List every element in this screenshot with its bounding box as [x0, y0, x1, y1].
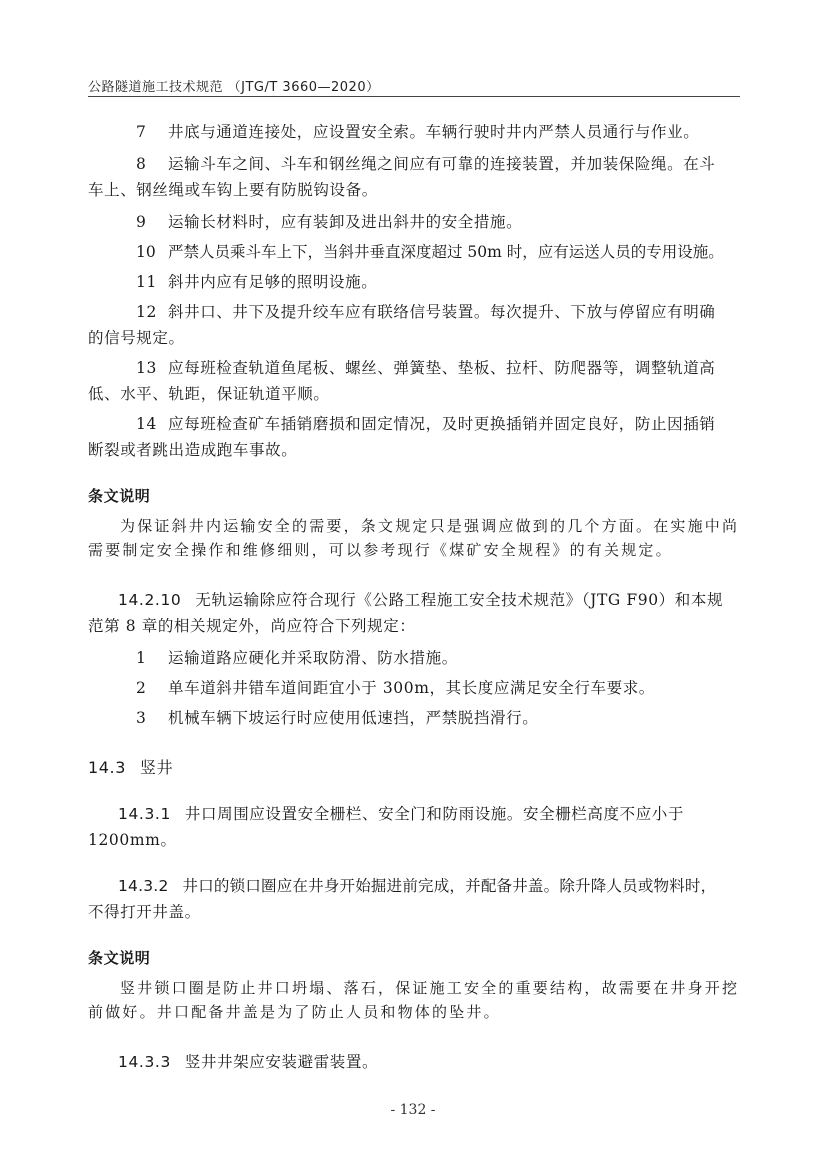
- item-text: 斜井内应有足够的照明设施。: [168, 273, 377, 291]
- list-item-12: 12斜井口、井下及提升绞车应有联络信号装置。每次提升、下放与停留应有明确: [136, 302, 788, 322]
- commentary-title: 条文说明: [88, 486, 740, 506]
- item-number: 10: [136, 242, 160, 262]
- item-number: 8: [136, 154, 160, 174]
- list-item-8: 8运输斗车之间、斗车和钢丝绳之间应有可靠的连接装置，并加装保险绳。在斗: [136, 154, 788, 174]
- clause-text: 竖井井架应安装避雷装置。: [185, 1053, 378, 1071]
- item-number: 14: [136, 414, 160, 434]
- clause-number: 14.3.2: [118, 877, 169, 895]
- clause-14-2-10: 14.2.10无轨运输除应符合现行《公路工程施工安全技术规范》（JTG F90）…: [118, 590, 770, 610]
- commentary-title: 条文说明: [88, 948, 740, 968]
- item-number: 2: [136, 678, 160, 698]
- list-item-13: 13应每班检查轨道鱼尾板、螺丝、弹簧垫、垫板、拉杆、防爬器等，调整轨道高: [136, 358, 788, 378]
- page-number: - 132 -: [0, 1102, 826, 1118]
- item-number: 1: [136, 648, 160, 668]
- clause-14-3-3: 14.3.3竖井井架应安装避雷装置。: [118, 1052, 770, 1072]
- clause-number: 14.3.3: [118, 1053, 171, 1071]
- list-item: 2单车道斜井错车道间距宜小于 300m，其长度应满足安全行车要求。: [136, 678, 788, 698]
- commentary-text: 需要制定安全操作和维修细则，可以参考现行《煤矿安全规程》的有关规定。: [88, 540, 740, 560]
- section-title: 竖井: [140, 758, 173, 777]
- running-header: 公路隧道施工技术规范 （JTG/T 3660—2020）: [88, 76, 740, 95]
- clause-14-3-2: 14.3.2井口的锁口圈应在井身开始掘进前完成，并配备井盖。除升降人员或物料时，: [118, 876, 770, 896]
- item-text: 应每班检查矿车插销磨损和固定情况，及时更换插销并固定良好，防止因插销: [168, 415, 715, 433]
- item-text: 井底与通道连接处，应设置安全索。车辆行驶时井内严禁人员通行与作业。: [168, 123, 699, 141]
- clause-text-continued: 1200mm。: [88, 830, 740, 850]
- item-text: 斜井口、井下及提升绞车应有联络信号装置。每次提升、下放与停留应有明确: [168, 303, 715, 321]
- item-text: 严禁人员乘斗车上下，当斜井垂直深度超过 50m 时，应有运送人员的专用设施。: [168, 243, 724, 261]
- item-text-continued: 的信号规定。: [88, 328, 740, 348]
- section-number: 14.3: [88, 758, 126, 777]
- item-number: 11: [136, 272, 160, 292]
- item-text: 应每班检查轨道鱼尾板、螺丝、弹簧垫、垫板、拉杆、防爬器等，调整轨道高: [168, 359, 715, 377]
- commentary-text: 竖井锁口圈是防止井口坍塌、落石，保证施工安全的重要结构，故需要在井身开挖: [120, 978, 772, 998]
- item-number: 12: [136, 302, 160, 322]
- clause-text: 井口周围应设置安全栅栏、安全门和防雨设施。安全栅栏高度不应小于: [185, 805, 684, 823]
- list-item: 3机械车辆下坡运行时应使用低速挡，严禁脱挡滑行。: [136, 708, 788, 728]
- item-text-continued: 断裂或者跳出造成跑车事故。: [88, 440, 740, 460]
- item-text: 机械车辆下坡运行时应使用低速挡，严禁脱挡滑行。: [168, 709, 538, 727]
- item-number: 7: [136, 122, 160, 142]
- clause-text: 无轨运输除应符合现行《公路工程施工安全技术规范》（JTG F90）和本规: [195, 591, 723, 609]
- item-number: 3: [136, 708, 160, 728]
- clause-number: 14.2.10: [118, 591, 181, 609]
- list-item-10: 10严禁人员乘斗车上下，当斜井垂直深度超过 50m 时，应有运送人员的专用设施。: [136, 242, 788, 262]
- item-text-continued: 车上、钢丝绳或车钩上要有防脱钩设备。: [88, 180, 740, 200]
- clause-text-continued: 不得打开井盖。: [88, 902, 740, 922]
- item-text: 运输斗车之间、斗车和钢丝绳之间应有可靠的连接装置，并加装保险绳。在斗: [168, 155, 715, 173]
- list-item-7: 7井底与通道连接处，应设置安全索。车辆行驶时井内严禁人员通行与作业。: [136, 122, 788, 142]
- item-number: 13: [136, 358, 160, 378]
- item-text: 单车道斜井错车道间距宜小于 300m，其长度应满足安全行车要求。: [168, 679, 655, 697]
- item-text-continued: 低、水平、轨距，保证轨道平顺。: [88, 384, 740, 404]
- list-item-9: 9运输长材料时，应有装卸及进出斜井的安全措施。: [136, 212, 788, 232]
- clause-text: 井口的锁口圈应在井身开始掘进前完成，并配备井盖。除升降人员或物料时，: [183, 877, 717, 895]
- item-text: 运输长材料时，应有装卸及进出斜井的安全措施。: [168, 213, 522, 231]
- clause-text-continued: 范第 8 章的相关规定外，尚应符合下列规定：: [88, 616, 740, 636]
- commentary-text: 为保证斜井内运输安全的需要，条文规定只是强调应做到的几个方面。在实施中尚: [120, 516, 772, 536]
- commentary-text: 前做好。井口配备井盖是为了防止人员和物体的坠井。: [88, 1002, 740, 1022]
- item-text: 运输道路应硬化并采取防滑、防水措施。: [168, 649, 458, 667]
- list-item-14: 14应每班检查矿车插销磨损和固定情况，及时更换插销并固定良好，防止因插销: [136, 414, 788, 434]
- item-number: 9: [136, 212, 160, 232]
- clause-number: 14.3.1: [118, 805, 171, 823]
- clause-14-3-1: 14.3.1井口周围应设置安全栅栏、安全门和防雨设施。安全栅栏高度不应小于: [118, 804, 770, 824]
- section-heading-14-3: 14.3竖井: [88, 758, 740, 778]
- header-rule: [88, 96, 740, 97]
- list-item: 1运输道路应硬化并采取防滑、防水措施。: [136, 648, 788, 668]
- list-item-11: 11斜井内应有足够的照明设施。: [136, 272, 788, 292]
